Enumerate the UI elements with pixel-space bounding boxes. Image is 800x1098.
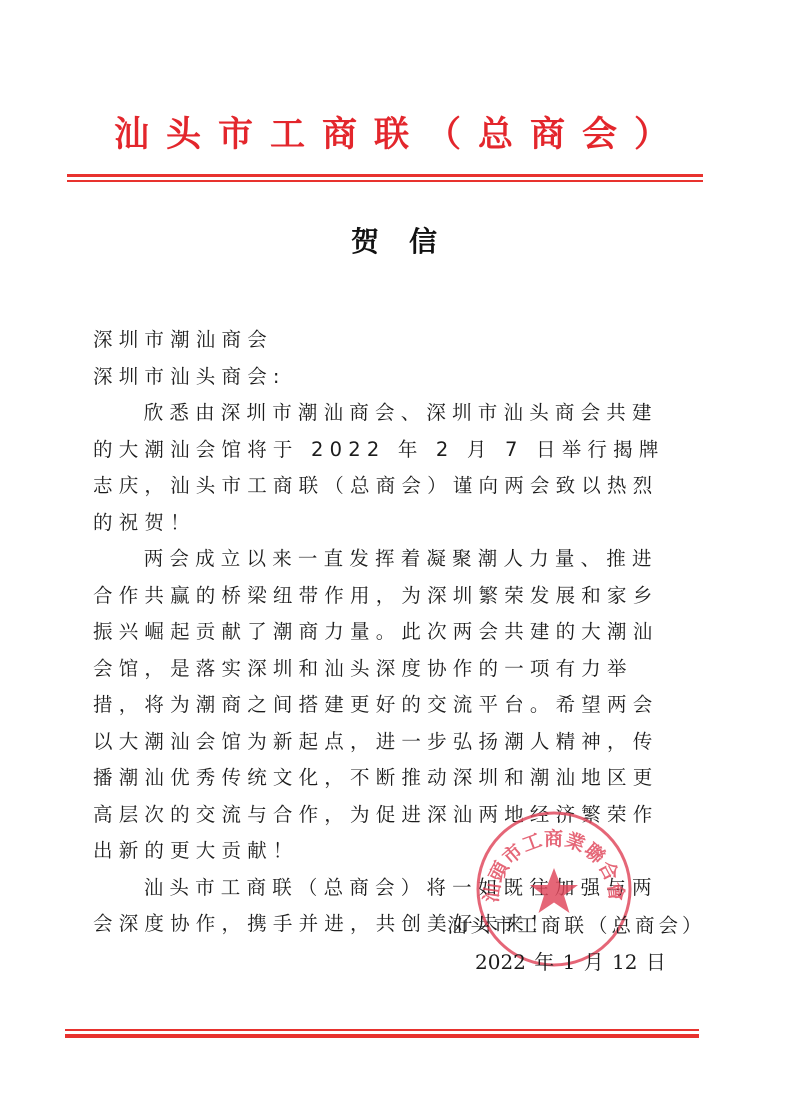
letterhead-organization-name: 汕头市工商联（总商会） bbox=[0, 110, 800, 160]
header-rule-thick bbox=[67, 174, 703, 177]
star-icon bbox=[530, 868, 578, 913]
header-rule-thin bbox=[67, 180, 703, 182]
recipient-line: 深圳市汕头商会: bbox=[93, 359, 683, 396]
footer-rule-thick bbox=[65, 1034, 699, 1038]
document-title: 贺信 bbox=[0, 222, 800, 262]
signature-date: 2022 年 1 月 12 日 bbox=[475, 944, 666, 980]
body-paragraph: 欣悉由深圳市潮汕商会、深圳市汕头商会共建的大潮汕会馆将于 2022 年 2 月 … bbox=[93, 395, 683, 541]
signature-organization: 汕头市工商联（总商会） bbox=[447, 908, 706, 944]
footer-rule-thin bbox=[65, 1029, 699, 1031]
recipient-line: 深圳市潮汕商会 bbox=[93, 322, 683, 359]
